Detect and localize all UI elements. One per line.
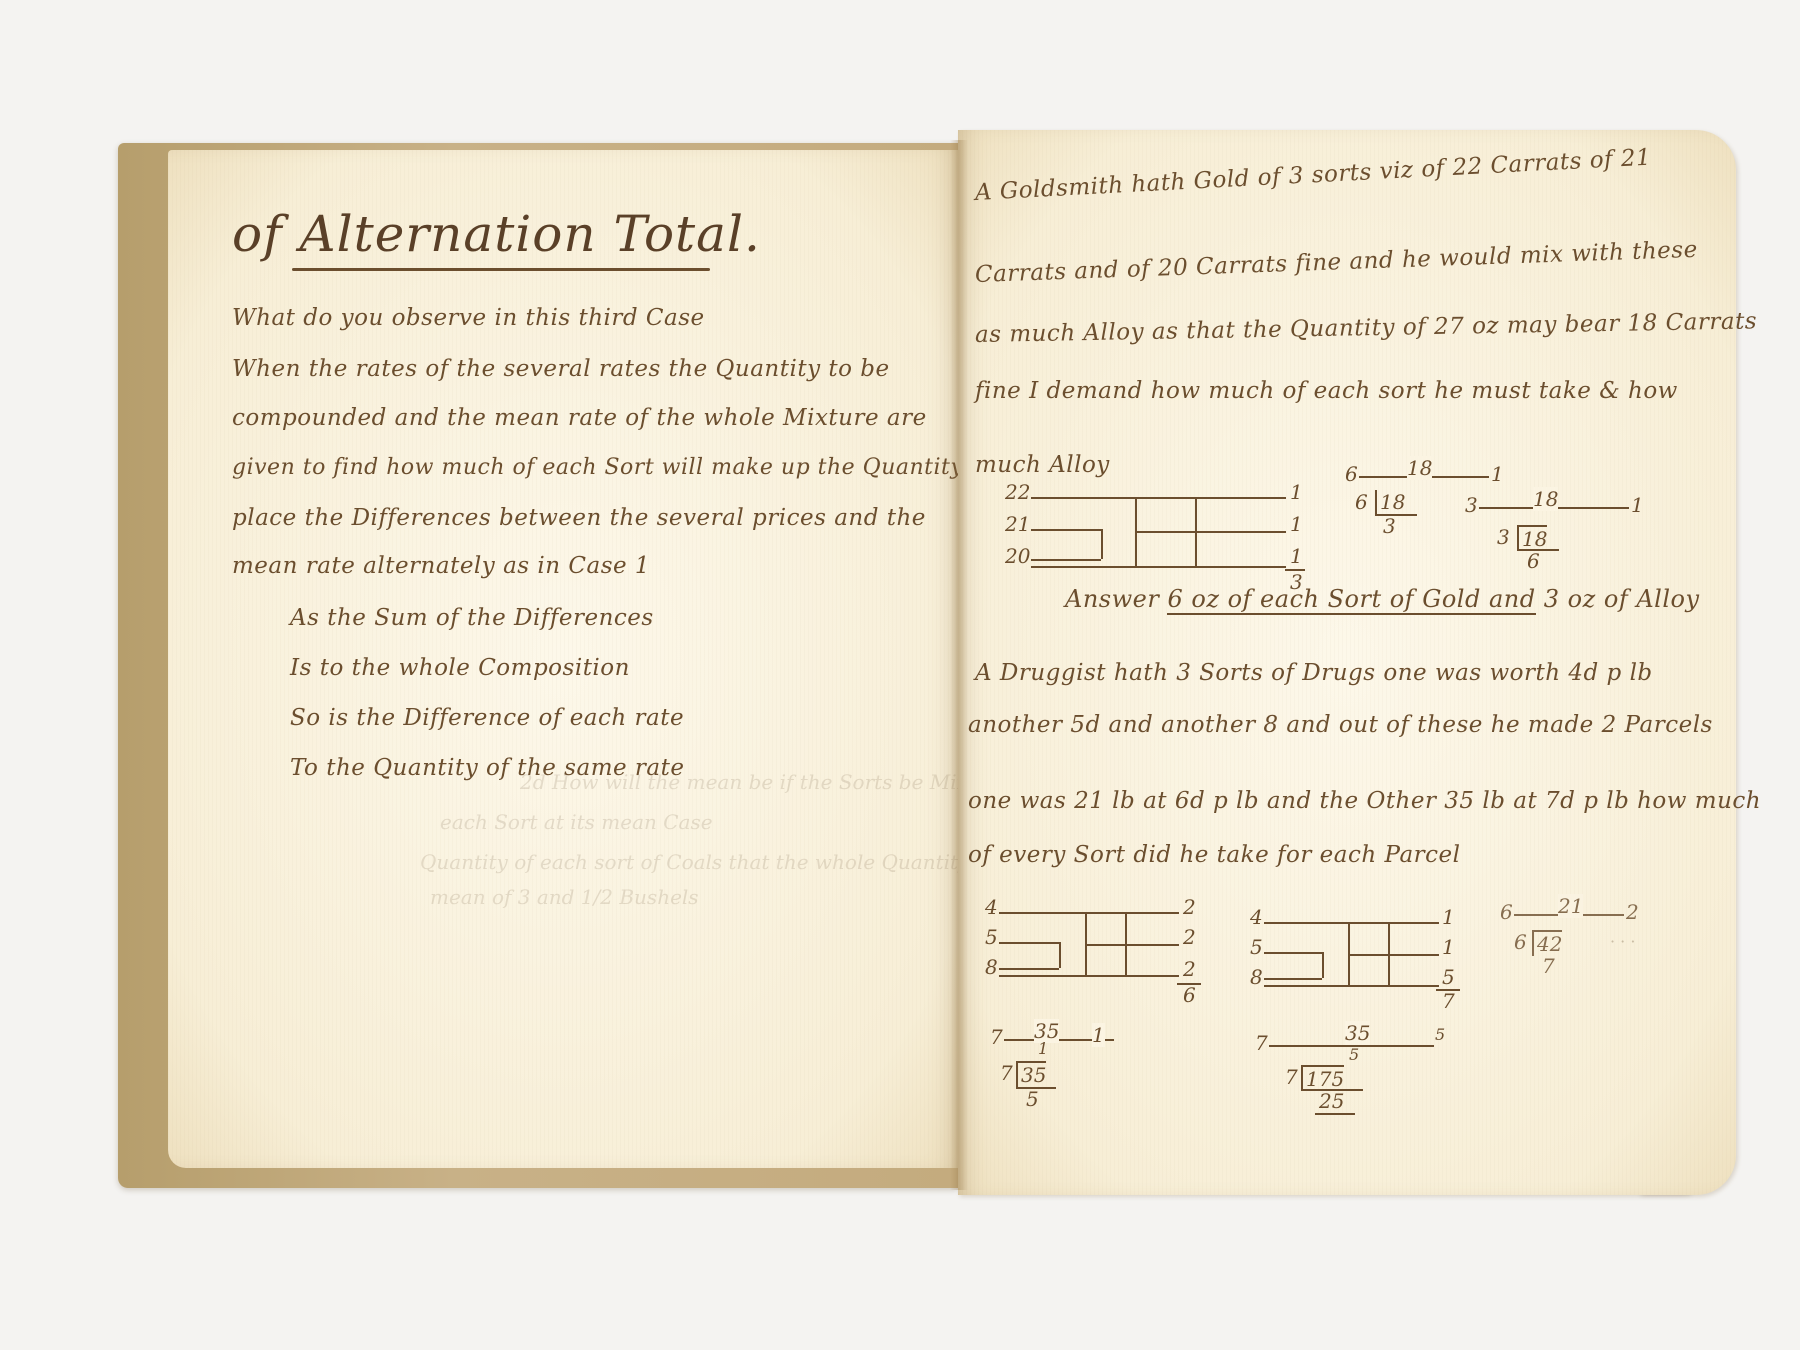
rate-value: 4 <box>1250 905 1263 929</box>
rule-line: Is to the whole Composition <box>290 655 630 681</box>
quotient: 6 <box>1527 549 1540 573</box>
difference-value: 2 <box>1183 957 1196 981</box>
book-gutter <box>950 140 968 1190</box>
divisor: 7 <box>1285 1065 1298 1089</box>
text-line: compounded and the mean rate of the whol… <box>232 405 927 431</box>
bleed-through-line: mean of 3 and 1/2 Bushels <box>430 885 699 909</box>
rate-value: 4 <box>985 895 998 919</box>
difference-value: 1 <box>1290 480 1303 504</box>
rule-line: So is the Difference of each rate <box>290 705 684 731</box>
difference-value: 2 <box>1183 925 1196 949</box>
bleed-through-line: each Sort at its mean Case <box>440 810 713 834</box>
divisor: 6 <box>1514 930 1527 954</box>
calc-value: 6 <box>1500 900 1513 924</box>
side-calculation: 3 18 1 3 18 6 <box>1465 493 1645 583</box>
calc-value: 1 <box>1092 1023 1105 1047</box>
difference-value: 2 <box>1183 895 1196 919</box>
text-line: place the Differences between the severa… <box>232 505 926 531</box>
divisor: 3 <box>1497 525 1510 549</box>
rate-value: 8 <box>985 955 998 979</box>
difference-sum: 6 <box>1183 983 1196 1007</box>
answer-underlined: 6 oz of each Sort of Gold and <box>1167 585 1535 615</box>
calc-value: 7 <box>1255 1031 1268 1055</box>
difference-value: 1 <box>1442 935 1455 959</box>
quotient: 5 <box>1026 1087 1039 1111</box>
difference-sum: 7 <box>1442 989 1455 1013</box>
difference-value: 1 <box>1442 905 1455 929</box>
quotient: 25 <box>1319 1089 1344 1113</box>
calc-value: 18 <box>1533 487 1558 511</box>
alligation-diagram-gold: 22 21 20 1 1 1 3 <box>1005 480 1305 600</box>
bleed-through-line: Quantity of each sort of Coals that the … <box>420 850 969 874</box>
calc-value: 2 <box>1626 900 1639 924</box>
dividend: 35 <box>1016 1061 1046 1087</box>
difference-value: 5 <box>1442 965 1455 989</box>
alligation-diagram-drugs-b: 4 5 8 1 1 5 7 <box>1250 905 1470 1015</box>
calc-value: 18 <box>1407 456 1432 480</box>
answer-line: Answer 6 oz of each Sort of Gold and 3 o… <box>1065 585 1700 613</box>
dividend: 175 <box>1301 1065 1344 1091</box>
quotient: 3 <box>1383 514 1396 538</box>
side-calculation: 7 35 1 1 7 35 5 <box>990 1025 1130 1125</box>
text-line: given to find how much of each Sort will… <box>232 455 963 480</box>
answer-prefix: Answer <box>1065 585 1159 613</box>
text-line: mean rate alternately as in Case 1 <box>232 553 650 579</box>
divisor: 6 <box>1355 490 1368 514</box>
calc-value: 6 <box>1345 462 1358 486</box>
problem2-line: another 5d and another 8 and out of thes… <box>968 712 1713 738</box>
rule-line: As the Sum of the Differences <box>290 605 654 631</box>
calc-value: 7 <box>990 1025 1003 1049</box>
alligation-diagram-drugs-a: 4 5 8 2 2 2 6 <box>985 895 1215 1005</box>
answer-suffix: 3 oz of Alloy <box>1544 585 1700 613</box>
calc-value: 5 <box>1349 1045 1359 1064</box>
side-calculation: 7 35 5 5 7 175 25 <box>1255 1025 1455 1135</box>
calc-value: 1 <box>1038 1039 1048 1058</box>
calc-value: 1 <box>1491 462 1504 486</box>
problem2-line: of every Sort did he take for each Parce… <box>968 842 1461 868</box>
rate-value: 5 <box>985 925 998 949</box>
calc-value: 35 <box>1345 1021 1370 1045</box>
side-calculation: 6 21 2 6 42 7 · · · <box>1500 900 1660 990</box>
calc-value: 1 <box>1631 493 1644 517</box>
page-title: of Alternation Total. <box>232 205 761 263</box>
calc-value: 3 <box>1465 493 1478 517</box>
divisor: 7 <box>1000 1061 1013 1085</box>
text-line: What do you observe in this third Case <box>232 305 705 331</box>
rule-line: To the Quantity of the same rate <box>290 755 685 781</box>
manuscript-photo: 2d How will the mean be if the Sorts be … <box>0 0 1800 1350</box>
problem1-line: fine I demand how much of each sort he m… <box>975 378 1678 404</box>
title-underline <box>292 268 710 271</box>
rate-value: 22 <box>1005 480 1030 504</box>
dividend: 18 <box>1375 490 1405 514</box>
rate-value: 5 <box>1250 935 1263 959</box>
dividend: 42 <box>1532 930 1562 956</box>
dividend: 18 <box>1517 525 1547 551</box>
text-line: When the rates of the several rates the … <box>232 356 890 382</box>
calc-value: 21 <box>1558 894 1583 918</box>
quotient: 7 <box>1542 954 1555 978</box>
rate-value: 21 <box>1005 512 1030 536</box>
difference-value: 1 <box>1290 544 1303 568</box>
difference-value: 1 <box>1290 512 1303 536</box>
rate-value: 8 <box>1250 965 1263 989</box>
problem2-line: A Druggist hath 3 Sorts of Drugs one was… <box>975 660 1653 686</box>
calc-value: 5 <box>1435 1025 1445 1044</box>
problem1-line: much Alloy <box>975 452 1110 478</box>
rate-value: 20 <box>1005 544 1030 568</box>
problem2-line: one was 21 lb at 6d p lb and the Other 3… <box>968 788 1761 814</box>
